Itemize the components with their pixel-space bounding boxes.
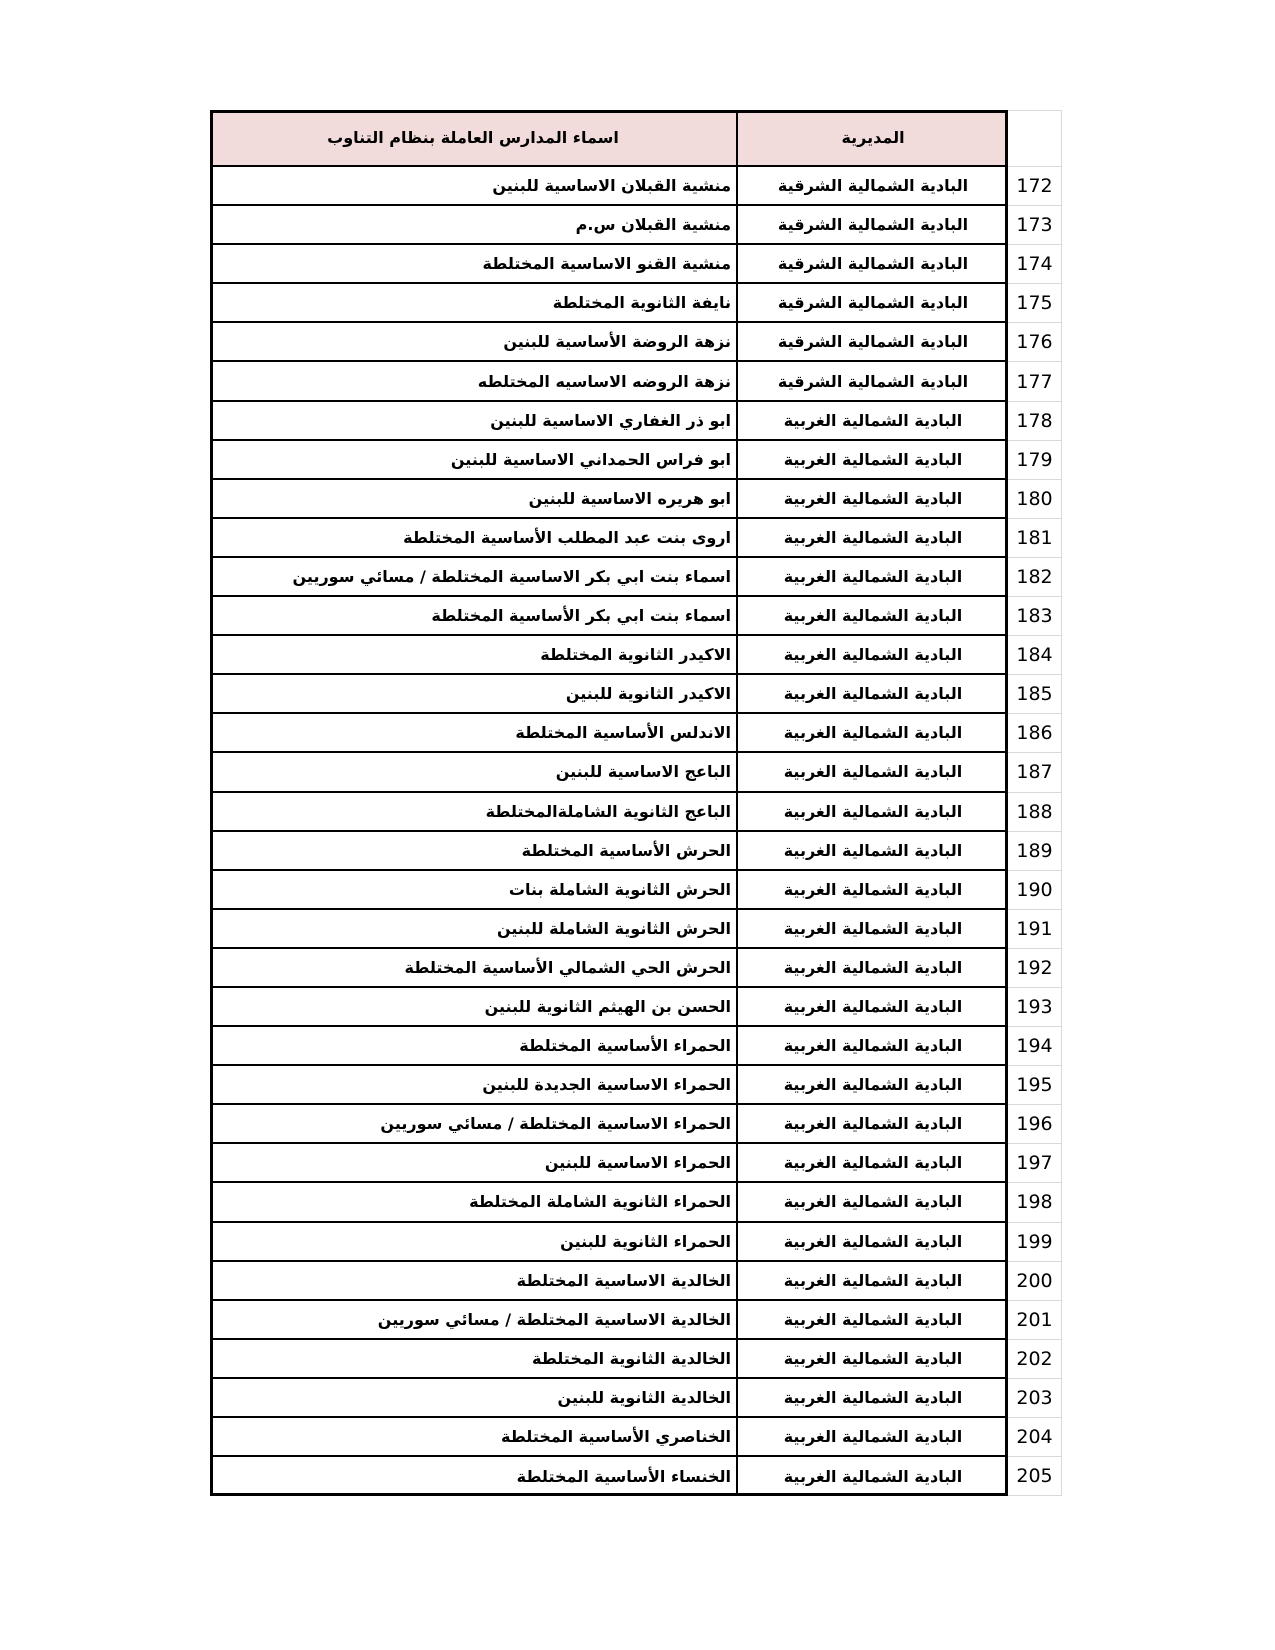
school-name-cell: الحرش الأساسية المختلطة bbox=[210, 832, 738, 871]
row-number-cell: 194 bbox=[1008, 1027, 1062, 1066]
row-number-cell: 177 bbox=[1008, 362, 1062, 401]
school-name-cell: نزهة الروضة الأساسية للبنين bbox=[210, 323, 738, 362]
school-name-cell: الباعج الاساسية للبنين bbox=[210, 753, 738, 792]
school-name-cell: الخالدية الثانوية المختلطة bbox=[210, 1340, 738, 1379]
row-number-cell: 203 bbox=[1008, 1379, 1062, 1418]
directorate-cell: البادية الشمالية الغربية bbox=[738, 793, 1008, 832]
row-number-cell: 198 bbox=[1008, 1183, 1062, 1222]
row-number-cell: 179 bbox=[1008, 441, 1062, 480]
directorate-cell: البادية الشمالية الغربية bbox=[738, 988, 1008, 1027]
directorate-cell: البادية الشمالية الغربية bbox=[738, 714, 1008, 753]
directorate-cell: البادية الشمالية الغربية bbox=[738, 753, 1008, 792]
school-name-cell: منشية القبلان س.م bbox=[210, 206, 738, 245]
school-name-cell: الاكيدر الثانوية للبنين bbox=[210, 675, 738, 714]
directorate-cell: البادية الشمالية الغربية bbox=[738, 1183, 1008, 1222]
school-name-cell: الحمراء الثانوية للبنين bbox=[210, 1223, 738, 1262]
directorate-cell: البادية الشمالية الغربية bbox=[738, 1301, 1008, 1340]
school-name-cell: الحمراء الاساسية للبنين bbox=[210, 1144, 738, 1183]
directorate-cell: البادية الشمالية الشرقية bbox=[738, 245, 1008, 284]
row-number-cell: 173 bbox=[1008, 206, 1062, 245]
school-name-cell: الحمراء الأساسية المختلطة bbox=[210, 1027, 738, 1066]
school-name-cell: اسماء بنت ابي بكر الاساسية المختلطة / مس… bbox=[210, 558, 738, 597]
school-name-cell: الحرش الثانوية الشاملة بنات bbox=[210, 871, 738, 910]
school-name-cell: نزهة الروضه الاساسيه المختلطه bbox=[210, 362, 738, 401]
directorate-cell: البادية الشمالية الغربية bbox=[738, 1418, 1008, 1457]
school-name-cell: الخالدية الثانوية للبنين bbox=[210, 1379, 738, 1418]
school-name-cell: ابو فراس الحمداني الاساسية للبنين bbox=[210, 441, 738, 480]
row-number-cell: 187 bbox=[1008, 753, 1062, 792]
school-name-cell: ابو ذر الغفاري الاساسية للبنين bbox=[210, 402, 738, 441]
school-name-cell: ابو هريره الاساسية للبنين bbox=[210, 480, 738, 519]
directorate-cell: البادية الشمالية الغربية bbox=[738, 441, 1008, 480]
directorate-cell: البادية الشمالية الغربية bbox=[738, 1027, 1008, 1066]
school-name-cell: الباعج الثانوية الشاملةالمختلطة bbox=[210, 793, 738, 832]
school-name-cell: الحمراء الاساسية المختلطة / مسائي سوريين bbox=[210, 1105, 738, 1144]
directorate-cell: البادية الشمالية الغربية bbox=[738, 480, 1008, 519]
school-name-cell: الحمراء الثانوية الشاملة المختلطة bbox=[210, 1183, 738, 1222]
school-name-cell: الخناصري الأساسية المختلطة bbox=[210, 1418, 738, 1457]
row-number-cell: 186 bbox=[1008, 714, 1062, 753]
school-name-cell: الخالدية الاساسية المختلطة / مسائي سوريي… bbox=[210, 1301, 738, 1340]
row-number-cell: 185 bbox=[1008, 675, 1062, 714]
directorate-cell: البادية الشمالية الغربية bbox=[738, 402, 1008, 441]
row-number-cell: 190 bbox=[1008, 871, 1062, 910]
directorate-cell: البادية الشمالية الغربية bbox=[738, 1340, 1008, 1379]
school-name-cell: منشية القنو الاساسية المختلطة bbox=[210, 245, 738, 284]
row-number-cell: 175 bbox=[1008, 284, 1062, 323]
directorate-cell: البادية الشمالية الشرقية bbox=[738, 167, 1008, 206]
header-directorate: المديرية bbox=[738, 110, 1008, 167]
row-number-cell: 202 bbox=[1008, 1340, 1062, 1379]
directorate-cell: البادية الشمالية الغربية bbox=[738, 1066, 1008, 1105]
directorate-cell: البادية الشمالية الغربية bbox=[738, 871, 1008, 910]
directorate-cell: البادية الشمالية الغربية bbox=[738, 1379, 1008, 1418]
school-name-cell: اسماء بنت ابي بكر الأساسية المختلطة bbox=[210, 597, 738, 636]
row-number-cell: 181 bbox=[1008, 519, 1062, 558]
directorate-cell: البادية الشمالية الغربية bbox=[738, 832, 1008, 871]
row-number-cell: 183 bbox=[1008, 597, 1062, 636]
row-number-cell: 176 bbox=[1008, 323, 1062, 362]
row-number-cell: 192 bbox=[1008, 949, 1062, 988]
directorate-cell: البادية الشمالية الغربية bbox=[738, 597, 1008, 636]
directorate-cell: البادية الشمالية الغربية bbox=[738, 1105, 1008, 1144]
schools-rotation-sheet: اسماء المدارس العاملة بنظام التناوب المد… bbox=[210, 110, 1062, 1496]
row-number-cell: 172 bbox=[1008, 167, 1062, 206]
row-number-cell: 191 bbox=[1008, 910, 1062, 949]
directorate-cell: البادية الشمالية الغربية bbox=[738, 636, 1008, 675]
row-number-cell: 174 bbox=[1008, 245, 1062, 284]
directorate-cell: البادية الشمالية الغربية bbox=[738, 1144, 1008, 1183]
header-number-spacer bbox=[1008, 110, 1062, 167]
row-number-cell: 205 bbox=[1008, 1457, 1062, 1496]
school-name-cell: الحرش الثانوية الشاملة للبنين bbox=[210, 910, 738, 949]
school-name-cell: الحمراء الاساسية الجديدة للبنين bbox=[210, 1066, 738, 1105]
directorate-cell: البادية الشمالية الغربية bbox=[738, 910, 1008, 949]
school-name-cell: الخالدية الاساسية المختلطة bbox=[210, 1262, 738, 1301]
row-number-cell: 204 bbox=[1008, 1418, 1062, 1457]
directorate-cell: البادية الشمالية الشرقية bbox=[738, 362, 1008, 401]
row-number-cell: 182 bbox=[1008, 558, 1062, 597]
row-number-cell: 201 bbox=[1008, 1301, 1062, 1340]
row-number-cell: 199 bbox=[1008, 1223, 1062, 1262]
row-number-cell: 196 bbox=[1008, 1105, 1062, 1144]
directorate-cell: البادية الشمالية الغربية bbox=[738, 558, 1008, 597]
school-name-cell: الاكيدر الثانوية المختلطة bbox=[210, 636, 738, 675]
row-number-cell: 189 bbox=[1008, 832, 1062, 871]
school-name-cell: نايفة الثانوية المختلطة bbox=[210, 284, 738, 323]
row-number-cell: 195 bbox=[1008, 1066, 1062, 1105]
row-number-cell: 193 bbox=[1008, 988, 1062, 1027]
school-name-cell: منشية القبلان الاساسية للبنين bbox=[210, 167, 738, 206]
school-name-cell: الحرش الحي الشمالي الأساسية المختلطة bbox=[210, 949, 738, 988]
header-school-names: اسماء المدارس العاملة بنظام التناوب bbox=[210, 110, 738, 167]
directorate-cell: البادية الشمالية الغربية bbox=[738, 949, 1008, 988]
row-number-cell: 200 bbox=[1008, 1262, 1062, 1301]
directorate-cell: البادية الشمالية الغربية bbox=[738, 1262, 1008, 1301]
school-name-cell: الخنساء الأساسية المختلطة bbox=[210, 1457, 738, 1496]
school-name-cell: الاندلس الأساسية المختلطة bbox=[210, 714, 738, 753]
directorate-cell: البادية الشمالية الغربية bbox=[738, 1457, 1008, 1496]
schools-rotation-table: اسماء المدارس العاملة بنظام التناوب المد… bbox=[210, 110, 1062, 1496]
directorate-cell: البادية الشمالية الشرقية bbox=[738, 206, 1008, 245]
row-number-cell: 197 bbox=[1008, 1144, 1062, 1183]
row-number-cell: 184 bbox=[1008, 636, 1062, 675]
school-name-cell: الحسن بن الهيثم الثانوية للبنين bbox=[210, 988, 738, 1027]
row-number-cell: 178 bbox=[1008, 402, 1062, 441]
directorate-cell: البادية الشمالية الغربية bbox=[738, 1223, 1008, 1262]
directorate-cell: البادية الشمالية الغربية bbox=[738, 675, 1008, 714]
directorate-cell: البادية الشمالية الشرقية bbox=[738, 284, 1008, 323]
row-number-cell: 180 bbox=[1008, 480, 1062, 519]
directorate-cell: البادية الشمالية الغربية bbox=[738, 519, 1008, 558]
row-number-cell: 188 bbox=[1008, 793, 1062, 832]
school-name-cell: اروى بنت عبد المطلب الأساسية المختلطة bbox=[210, 519, 738, 558]
directorate-cell: البادية الشمالية الشرقية bbox=[738, 323, 1008, 362]
